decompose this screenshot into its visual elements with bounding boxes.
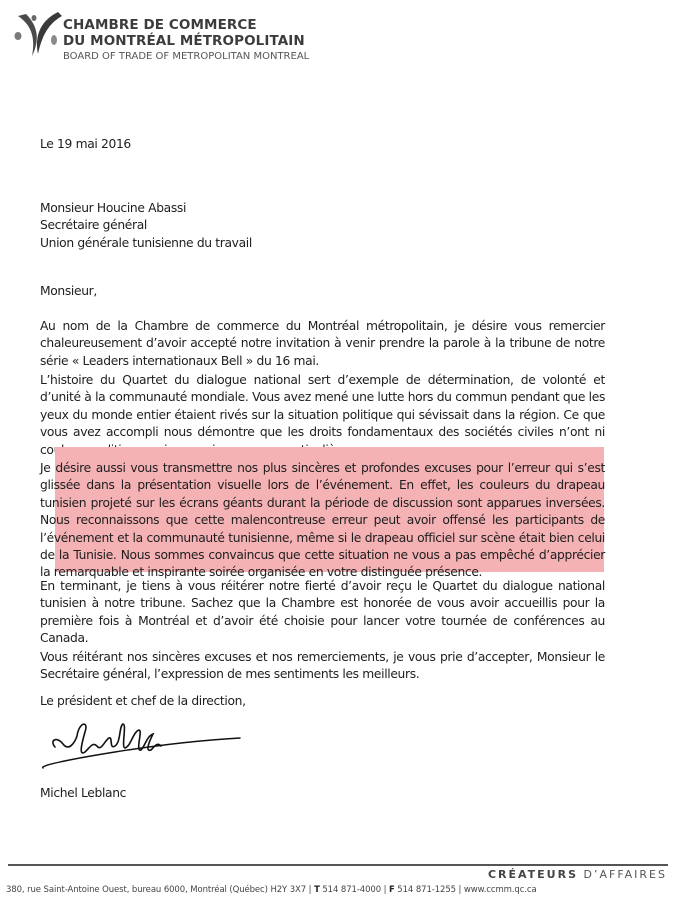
paragraph-courtesy: Vous réitérant nos sincères excuses et n… [40,649,605,684]
ccmm-logo-icon [12,10,64,58]
closing-title: Le président et chef de la direction, [40,693,605,710]
org-name-english: BOARD OF TRADE OF METROPOLITAN MONTREAL [63,50,309,64]
footer-contact: 380, rue Saint-Antoine Ouest, bureau 600… [6,885,537,895]
recipient-organization: Union générale tunisienne du travail [40,235,605,252]
paragraph-thanks: Au nom de la Chambre de commerce du Mont… [40,318,605,370]
footer-fax: 514 871-1255 | [395,885,464,895]
org-name-line1: CHAMBRE DE COMMERCE [63,17,309,33]
footer-website[interactable]: www.ccmm.qc.ca [464,885,537,895]
footer-phone: 514 871-4000 | [320,885,389,895]
footer-divider [8,864,668,866]
paragraph-closing-thanks: En terminant, je tiens à vous réitérer n… [40,578,605,648]
recipient-block: Monsieur Houcine Abassi Secrétaire génér… [40,200,605,252]
letter-date: Le 19 mai 2016 [40,136,605,153]
recipient-title: Secrétaire général [40,217,605,234]
signature-icon [35,712,250,772]
salutation: Monsieur, [40,283,605,300]
paragraph-quartet: L’histoire du Quartet du dialogue nation… [40,372,605,459]
recipient-name: Monsieur Houcine Abassi [40,200,605,217]
footer-address: 380, rue Saint-Antoine Ouest, bureau 600… [6,885,314,895]
signatory-name: Michel Leblanc [40,785,605,802]
paragraph-apology: Je désire aussi vous transmettre nos plu… [40,460,605,582]
letterhead: CHAMBRE DE COMMERCE DU MONTRÉAL MÉTROPOL… [63,17,309,64]
tagline-rest: D’AFFAIRES [578,868,667,881]
footer-tagline: CRÉATEURS D’AFFAIRES [488,868,667,881]
tagline-bold: CRÉATEURS [488,868,578,881]
org-name-line2: DU MONTRÉAL MÉTROPOLITAIN [63,33,309,49]
